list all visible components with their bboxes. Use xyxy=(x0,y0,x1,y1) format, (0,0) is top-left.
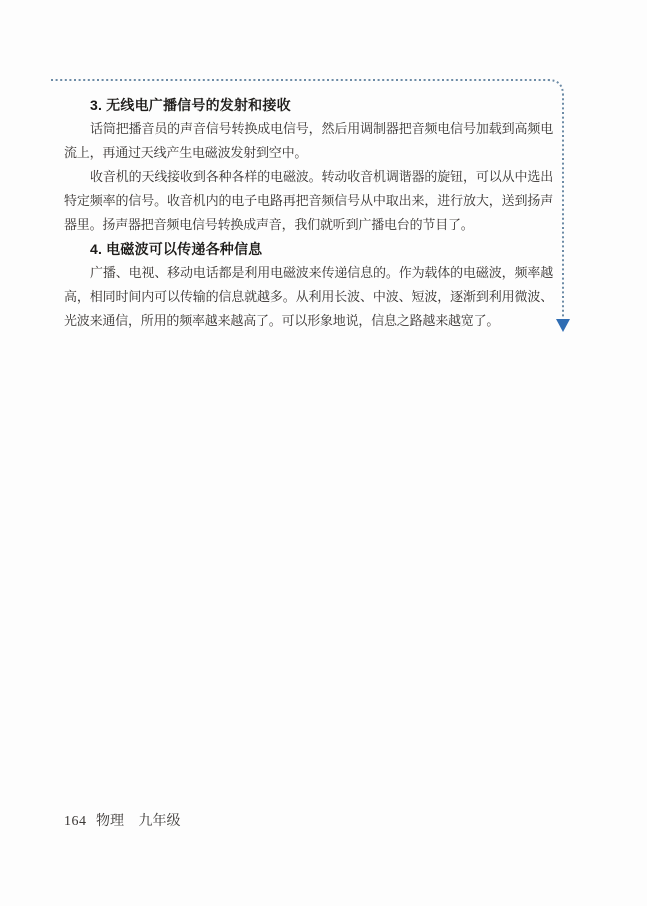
down-arrow-icon xyxy=(556,319,570,332)
textbook-page: 3. 无线电广播信号的发射和接收 话筒把播音员的声音信号转换成电信号，然后用调制… xyxy=(0,0,647,906)
paragraph-em-wave-info: 广播、电视、移动电话都是利用电磁波来传递信息的。作为载体的电磁波，频率越高，相同… xyxy=(64,261,553,333)
section-heading-3: 3. 无线电广播信号的发射和接收 xyxy=(64,93,553,117)
page-number: 164 xyxy=(64,814,87,829)
page-content: 3. 无线电广播信号的发射和接收 话筒把播音员的声音信号转换成电信号，然后用调制… xyxy=(64,93,553,333)
section-heading-4: 4. 电磁波可以传递各种信息 xyxy=(64,237,553,261)
paragraph-transmit-receive-1: 话筒把播音员的声音信号转换成电信号，然后用调制器把音频电信号加载到高频电流上，再… xyxy=(64,117,553,165)
subject-label: 物理 xyxy=(96,814,124,829)
page-footer: 164 物理 九年级 xyxy=(64,813,181,831)
grade-label: 九年级 xyxy=(139,814,181,829)
paragraph-transmit-receive-2: 收音机的天线接收到各种各样的电磁波。转动收音机调谐器的旋钮，可以从中选出特定频率… xyxy=(64,165,553,237)
